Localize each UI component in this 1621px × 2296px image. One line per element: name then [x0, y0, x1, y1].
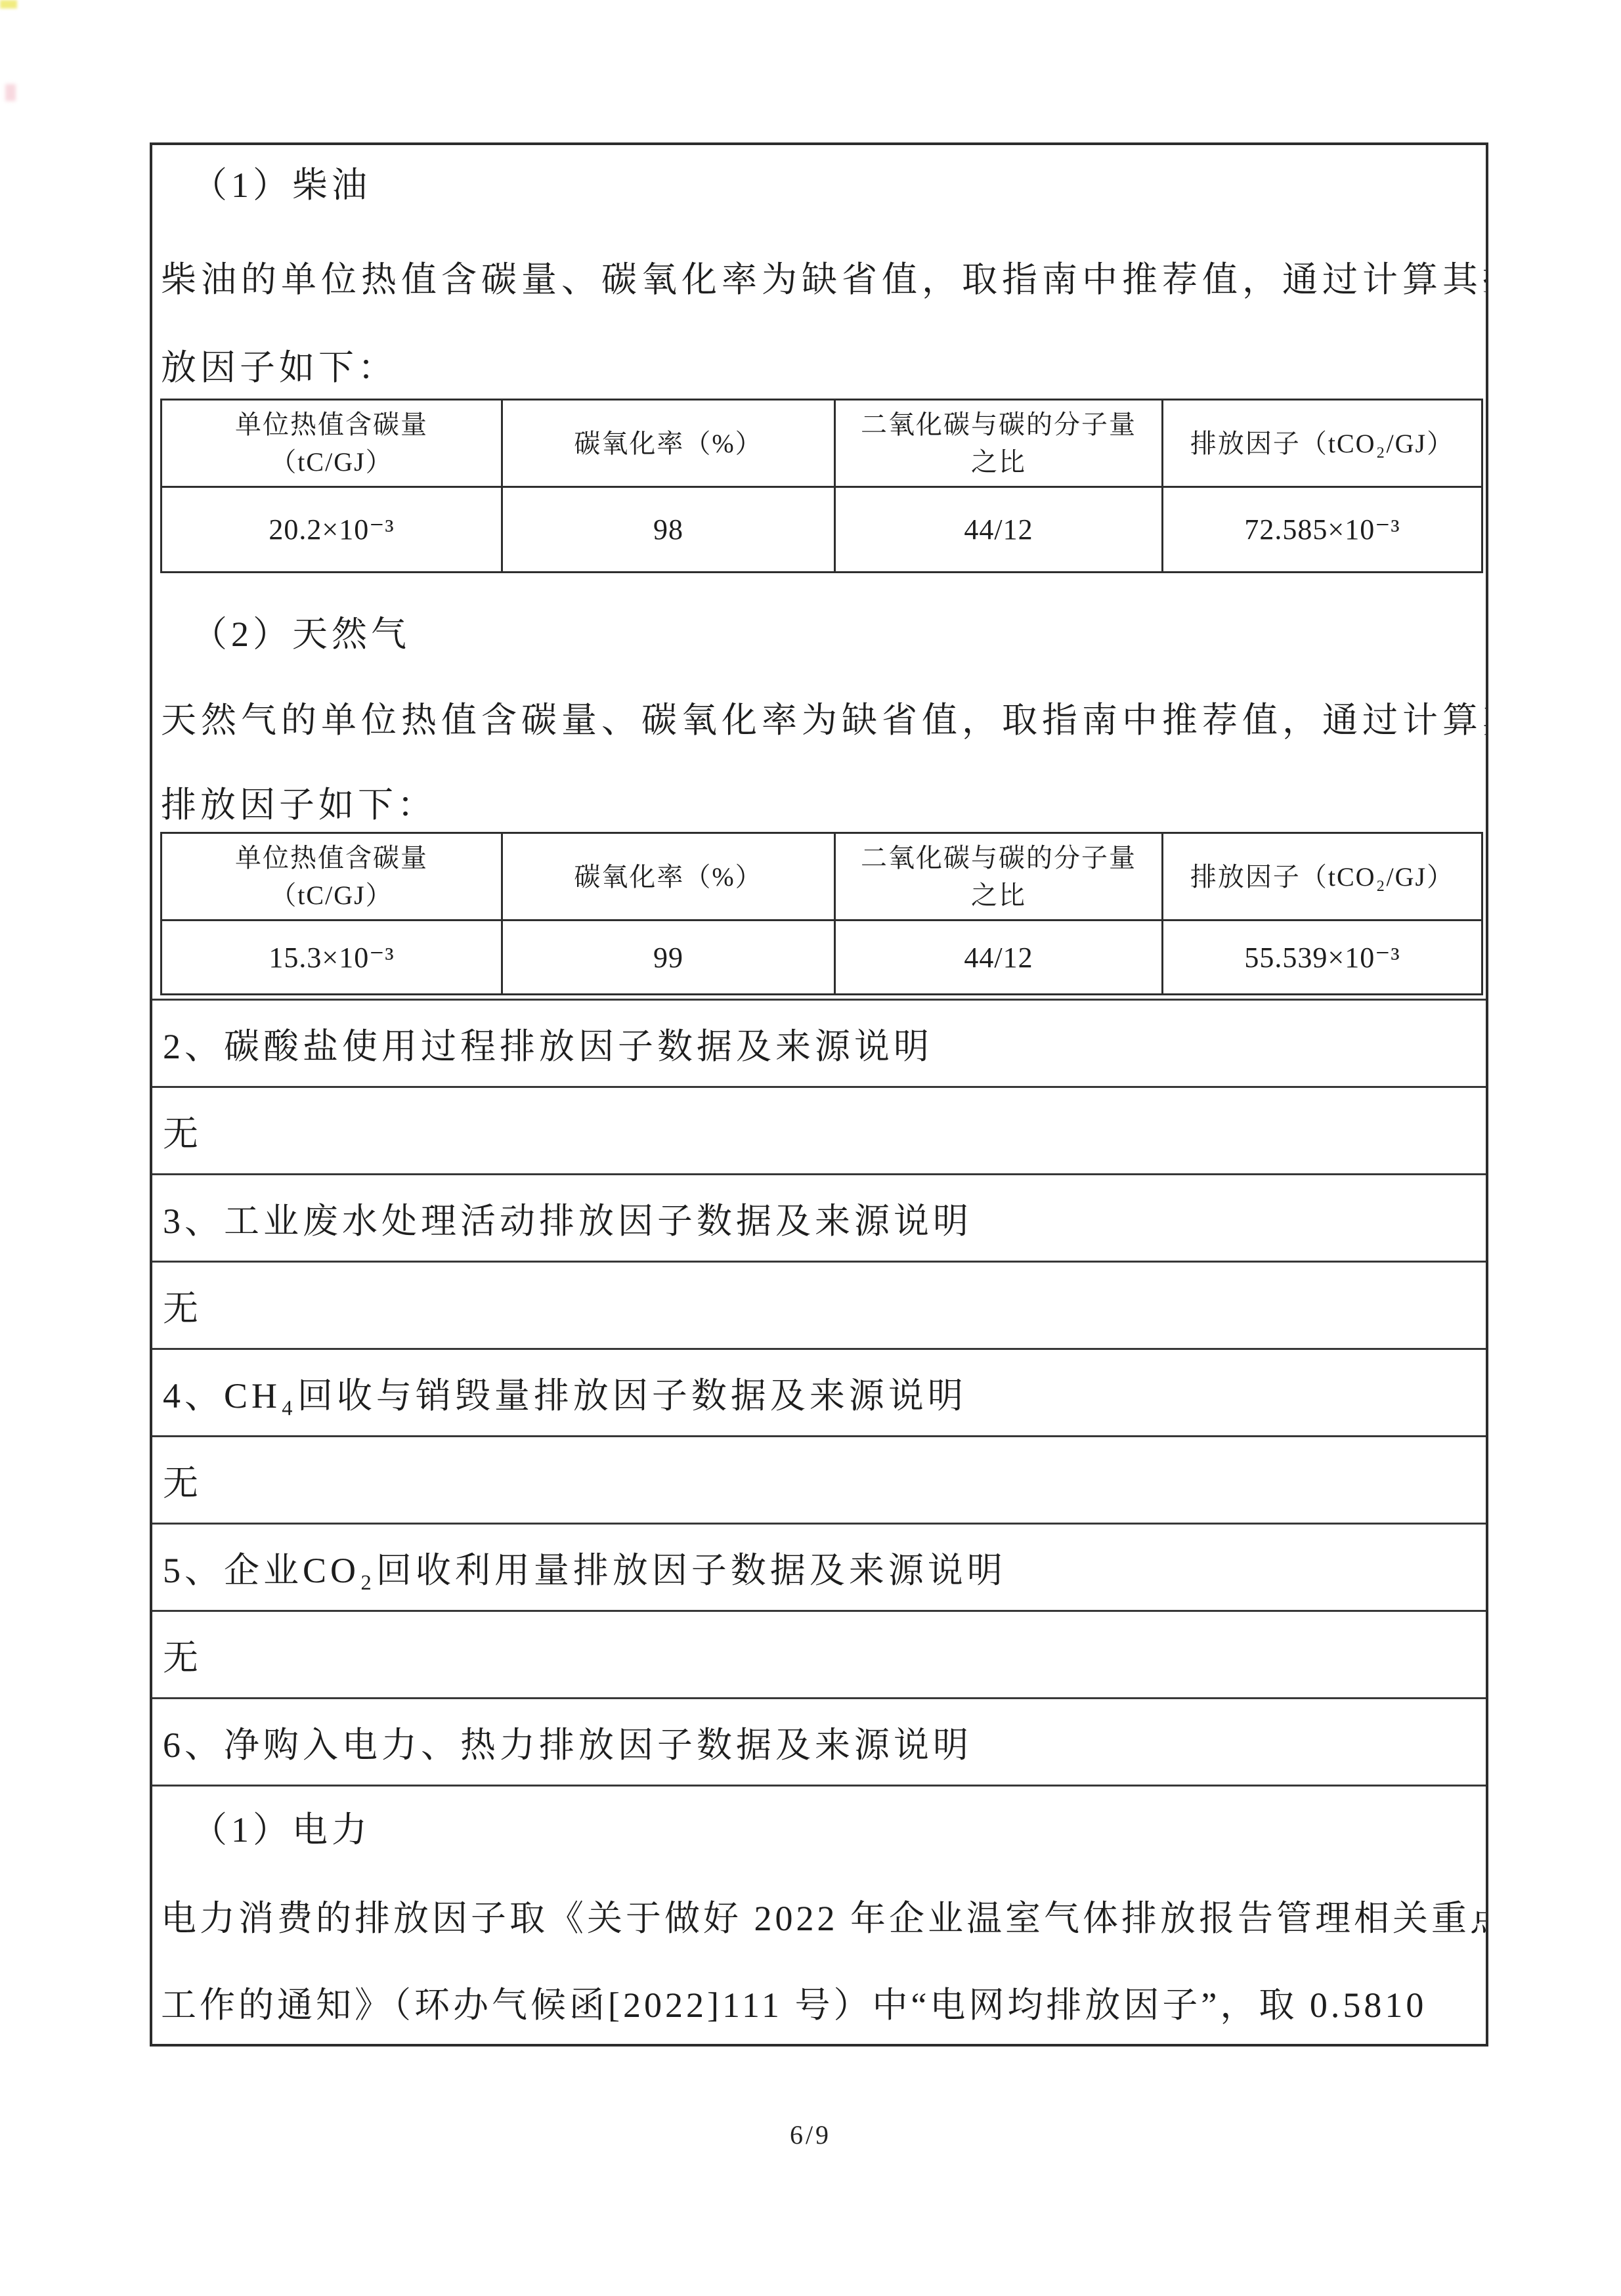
gas-paragraph-line2: 排放因子如下： — [161, 783, 437, 827]
diesel-heading: （1）柴油 — [192, 163, 371, 207]
section-content-carbonate: 无 — [152, 1086, 1486, 1173]
natural-gas-heading: （2）天然气 — [192, 613, 410, 656]
diesel-molecular-ratio-value: 44/12 — [834, 488, 1161, 571]
electricity-paragraph-line2: 工作的通知》（环办气候函[2022]111 号）中“电网均排放因子”，取 0.5… — [161, 1983, 1427, 2027]
header-molecular-ratio-line2: 之比 — [971, 877, 1026, 914]
header-oxidation-rate-label: 碳氧化率（%） — [574, 858, 762, 896]
section-title-carbonate: 2、碳酸盐使用过程排放因子数据及来源说明 — [152, 999, 1486, 1086]
header-carbon-content-line1: 单位热值含碳量 — [235, 839, 428, 877]
header-emission-factor: 排放因子（tCO₂/GJ） — [1161, 834, 1481, 919]
header-molecular-ratio-line1: 二氧化碳与碳的分子量 — [861, 839, 1136, 877]
header-carbon-content: 单位热值含碳量 （tC/GJ） — [162, 401, 501, 486]
section-title-purchased-electricity: 6、净购入电力、热力排放因子数据及来源说明 — [152, 1697, 1486, 1785]
gas-emission-factor-value: 55.539×10⁻³ — [1161, 921, 1481, 993]
header-carbon-content-line1: 单位热值含碳量 — [235, 406, 428, 443]
table-header-row: 单位热值含碳量 （tC/GJ） 碳氧化率（%） 二氧化碳与碳的分子量 之比 排放… — [162, 401, 1481, 488]
section-title-wastewater: 3、工业废水处理活动排放因子数据及来源说明 — [152, 1173, 1486, 1261]
report-form-table: （1）柴油 柴油的单位热值含碳量、碳氧化率为缺省值，取指南中推荐值，通过计算其排… — [150, 142, 1488, 2047]
diesel-value-row: 20.2×10⁻³ 98 44/12 72.585×10⁻³ — [162, 488, 1481, 571]
header-oxidation-rate-label: 碳氧化率（%） — [574, 425, 762, 462]
page-number: 6/9 — [0, 2119, 1621, 2150]
header-molecular-ratio-line1: 二氧化碳与碳的分子量 — [861, 406, 1136, 443]
header-emission-factor-label: 排放因子（tCO₂/GJ） — [1190, 425, 1454, 462]
header-carbon-content: 单位热值含碳量 （tC/GJ） — [162, 834, 501, 919]
electricity-detail-row: （1）电力 电力消费的排放因子取《关于做好 2022 年企业温室气体排放报告管理… — [152, 1785, 1486, 2044]
electricity-paragraph-line1: 电力消费的排放因子取《关于做好 2022 年企业温室气体排放报告管理相关重点 — [161, 1897, 1488, 1940]
scan-artifact-yellow — [0, 0, 17, 9]
header-carbon-content-line2: （tC/GJ） — [270, 443, 393, 481]
header-oxidation-rate: 碳氧化率（%） — [501, 834, 834, 919]
diesel-paragraph-line2: 放因子如下： — [161, 346, 397, 389]
header-molecular-ratio: 二氧化碳与碳的分子量 之比 — [834, 834, 1161, 919]
section-content-ch4-recovery: 无 — [152, 1435, 1486, 1523]
gas-value-row: 15.3×10⁻³ 99 44/12 55.539×10⁻³ — [162, 921, 1481, 993]
section-content-wastewater: 无 — [152, 1261, 1486, 1348]
section-title-ch4-recovery: 4、CH₄回收与销毁量排放因子数据及来源说明 — [152, 1348, 1486, 1435]
scan-artifact-pink — [5, 84, 16, 101]
fuel-emission-factor-row: （1）柴油 柴油的单位热值含碳量、碳氧化率为缺省值，取指南中推荐值，通过计算其排… — [152, 145, 1486, 999]
gas-carbon-content-value: 15.3×10⁻³ — [162, 921, 501, 993]
natural-gas-factor-table: 单位热值含碳量 （tC/GJ） 碳氧化率（%） 二氧化碳与碳的分子量 之比 排放… — [160, 832, 1483, 995]
diesel-emission-factor-value: 72.585×10⁻³ — [1161, 488, 1481, 571]
section-title-co2-recycling: 5、企业CO₂回收利用量排放因子数据及来源说明 — [152, 1523, 1486, 1610]
header-carbon-content-line2: （tC/GJ） — [270, 877, 393, 914]
header-molecular-ratio: 二氧化碳与碳的分子量 之比 — [834, 401, 1161, 486]
diesel-oxidation-rate-value: 98 — [501, 488, 834, 571]
scanned-report-page: { "page": { "number": "6/9" }, "fuel": {… — [0, 0, 1621, 2296]
gas-paragraph-line1: 天然气的单位热值含碳量、碳氧化率为缺省值，取指南中推荐值，通过计算其 — [161, 699, 1488, 742]
header-emission-factor: 排放因子（tCO₂/GJ） — [1161, 401, 1481, 486]
gas-molecular-ratio-value: 44/12 — [834, 921, 1161, 993]
section-content-co2-recycling: 无 — [152, 1610, 1486, 1697]
diesel-factor-table: 单位热值含碳量 （tC/GJ） 碳氧化率（%） 二氧化碳与碳的分子量 之比 排放… — [160, 399, 1483, 573]
header-oxidation-rate: 碳氧化率（%） — [501, 401, 834, 486]
header-molecular-ratio-line2: 之比 — [971, 443, 1026, 481]
electricity-heading: （1）电力 — [192, 1808, 371, 1852]
diesel-paragraph-line1: 柴油的单位热值含碳量、碳氧化率为缺省值，取指南中推荐值，通过计算其排 — [161, 258, 1488, 301]
diesel-carbon-content-value: 20.2×10⁻³ — [162, 488, 501, 571]
table-header-row: 单位热值含碳量 （tC/GJ） 碳氧化率（%） 二氧化碳与碳的分子量 之比 排放… — [162, 834, 1481, 921]
gas-oxidation-rate-value: 99 — [501, 921, 834, 993]
header-emission-factor-label: 排放因子（tCO₂/GJ） — [1190, 858, 1454, 896]
